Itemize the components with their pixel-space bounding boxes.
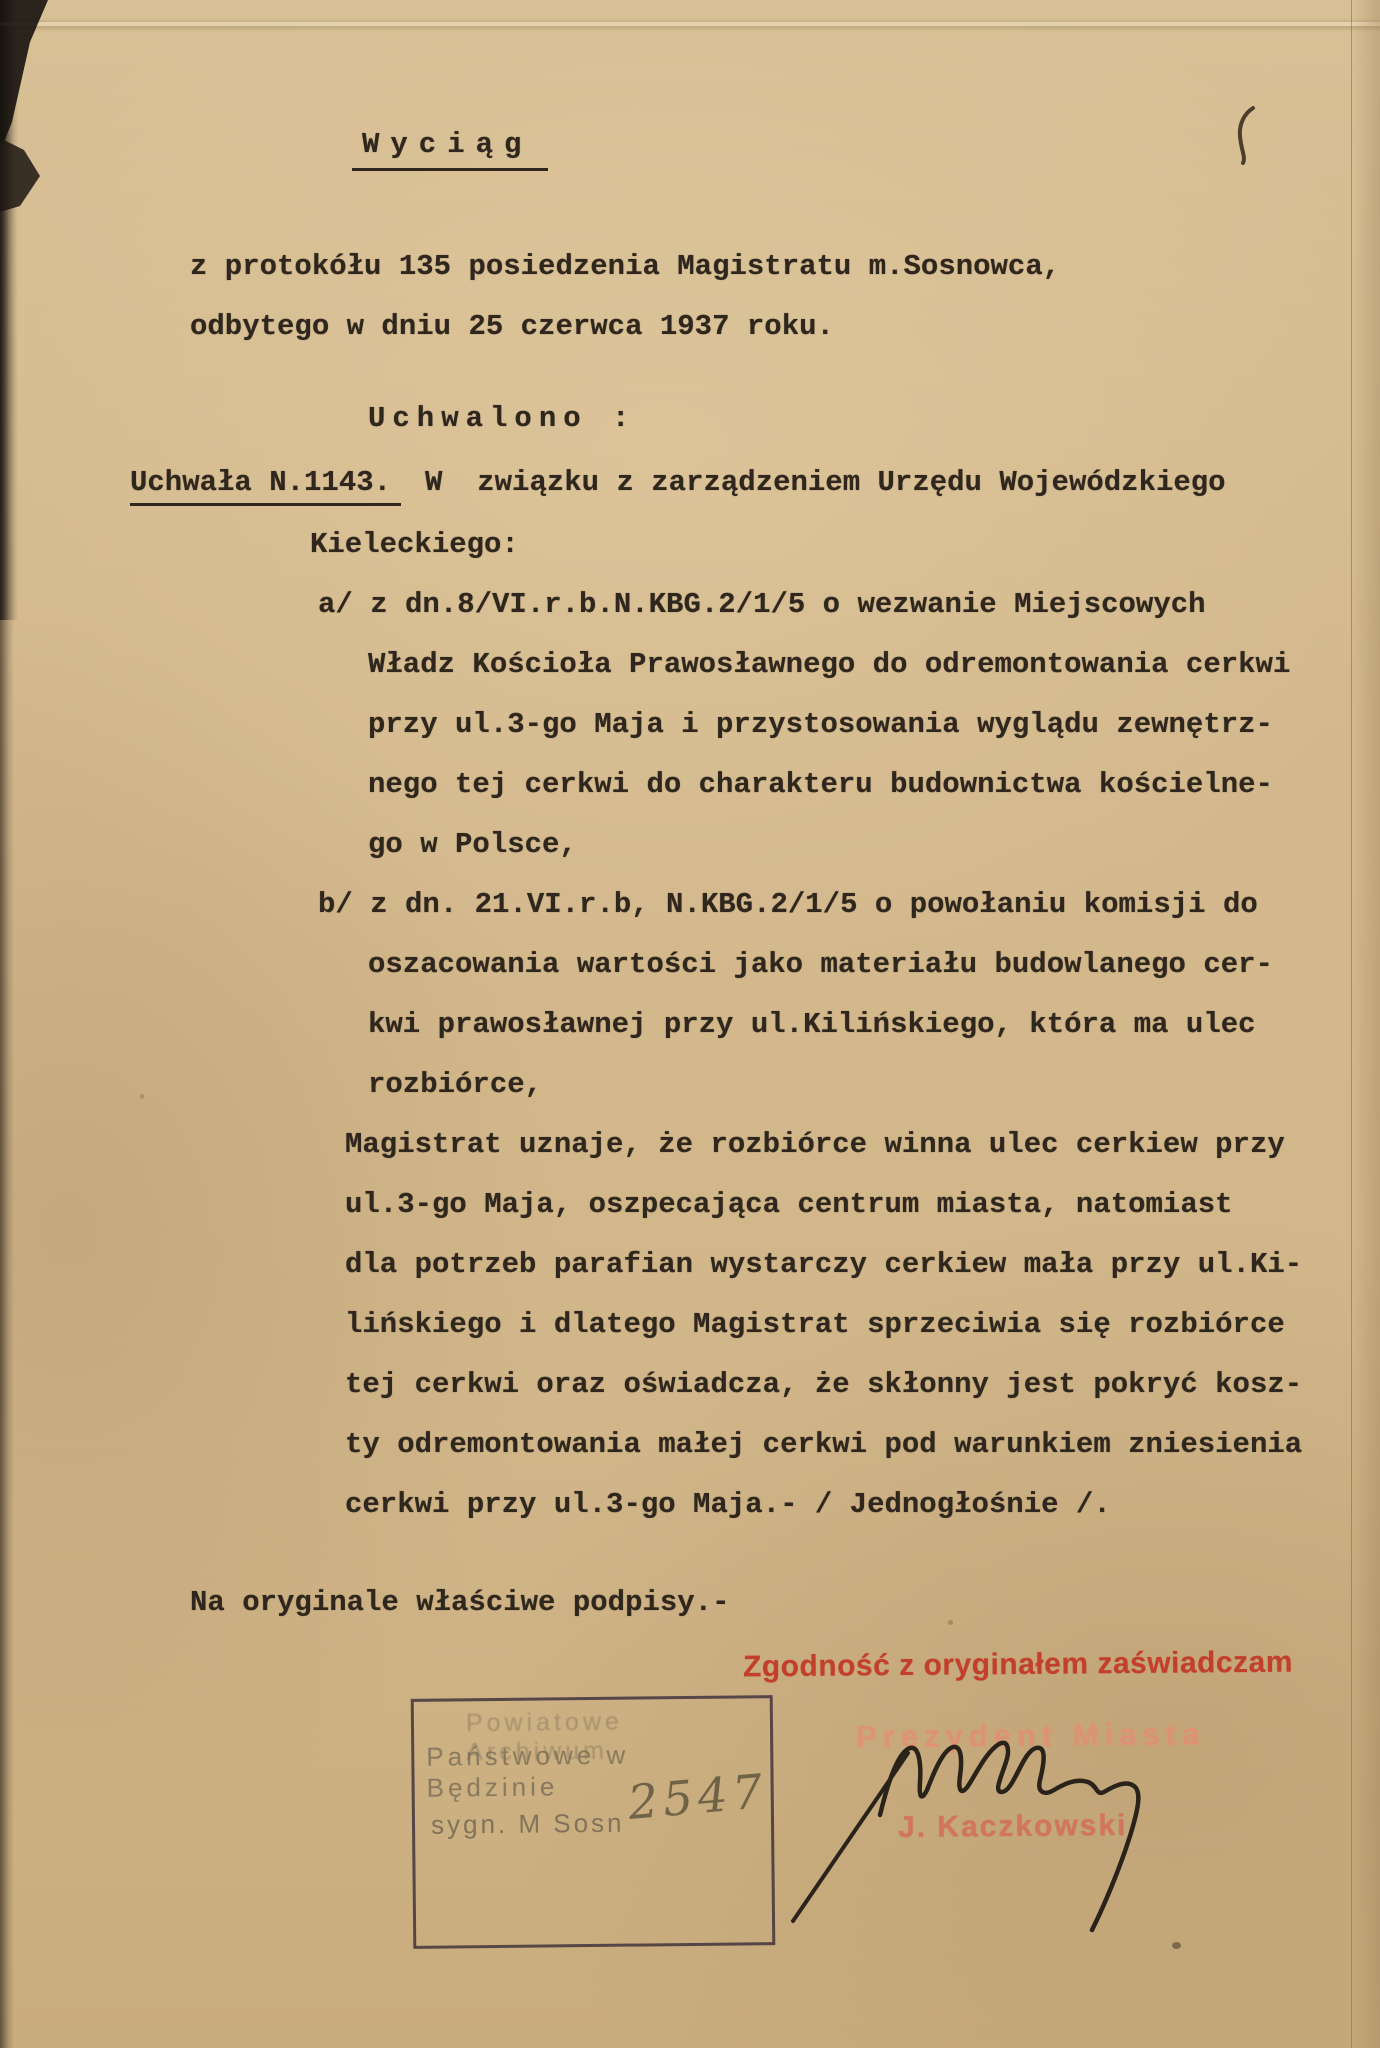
body-line: lińskiego i dlatego Magistrat sprzeciwia… [345,1308,1285,1341]
body-line: ul.3-go Maja, oszpecająca centrum miasta… [345,1188,1233,1221]
resolution-line-rest: W związku z zarządzeniem Urzędu Wojewódz… [425,466,1226,499]
paper-speck [948,1620,953,1625]
body-line: Kieleckiego: [310,528,519,561]
handwritten-page-number [1240,108,1253,163]
body-line: go w Polsce, [368,828,577,861]
section-heading: Uchwalono : [368,402,636,435]
president-title-stamp: Prezydent Miasta [856,1716,1206,1755]
body-line-item-b: b/ z dn. 21.VI.r.b, N.KBG.2/1/5 o powoła… [318,888,1258,921]
resolution-number: Uchwała N.1143. [130,466,401,506]
body-line: przy ul.3-go Maja i przystosowania wyglą… [368,708,1273,741]
intro-line: z protokółu 135 posiedzenia Magistratu m… [190,250,1060,283]
scanned-document-page: Wyciąg z protokółu 135 posiedzenia Magis… [0,0,1380,2048]
intro-line: odbytego w dniu 25 czerwca 1937 roku. [190,310,834,343]
body-line: cerkwi przy ul.3-go Maja.- / Jednogłośni… [345,1488,1111,1521]
body-line: oszacowania wartości jako materiału budo… [368,948,1273,981]
body-line: Magistrat uznaje, że rozbiórce winna ule… [345,1128,1285,1161]
scan-left-edge-dark [0,0,18,620]
paper-speck [140,1094,144,1099]
paper-crease [0,22,1380,26]
signature-stroke [793,1753,908,1921]
page-right-edge [1351,0,1380,2048]
body-line: nego tej cerkwi do charakteru budownictw… [368,768,1273,801]
signer-name-stamp: J. Kaczkowski [898,1809,1128,1845]
body-line: dla potrzeb parafian wystarczy cerkiew m… [345,1248,1302,1281]
closing-line: Na oryginale właściwe podpisy.- [190,1586,730,1619]
body-line: tej cerkwi oraz oświadcza, że skłonny je… [345,1368,1302,1401]
body-line-item-a: a/ z dn.8/VI.r.b.N.KBG.2/1/5 o wezwanie … [318,588,1206,621]
body-line: ty odremontowania małej cerkwi pod warun… [345,1428,1302,1461]
body-line: kwi prawosławnej przy ul.Kilińskiego, kt… [368,1008,1256,1041]
certification-stamp-text: Zgodność z oryginałem zaświadczam [743,1646,1293,1685]
body-line: Władz Kościoła Prawosławnego do odremont… [368,648,1290,681]
resolution-line: Uchwała N.1143.W związku z zarządzeniem … [130,466,1226,499]
document-title: Wyciąg [352,128,548,171]
body-line: rozbiórce, [368,1068,542,1101]
paper-speck [1172,1942,1181,1949]
archive-stamp-signature-label: sygn. M Sosn [431,1808,625,1841]
